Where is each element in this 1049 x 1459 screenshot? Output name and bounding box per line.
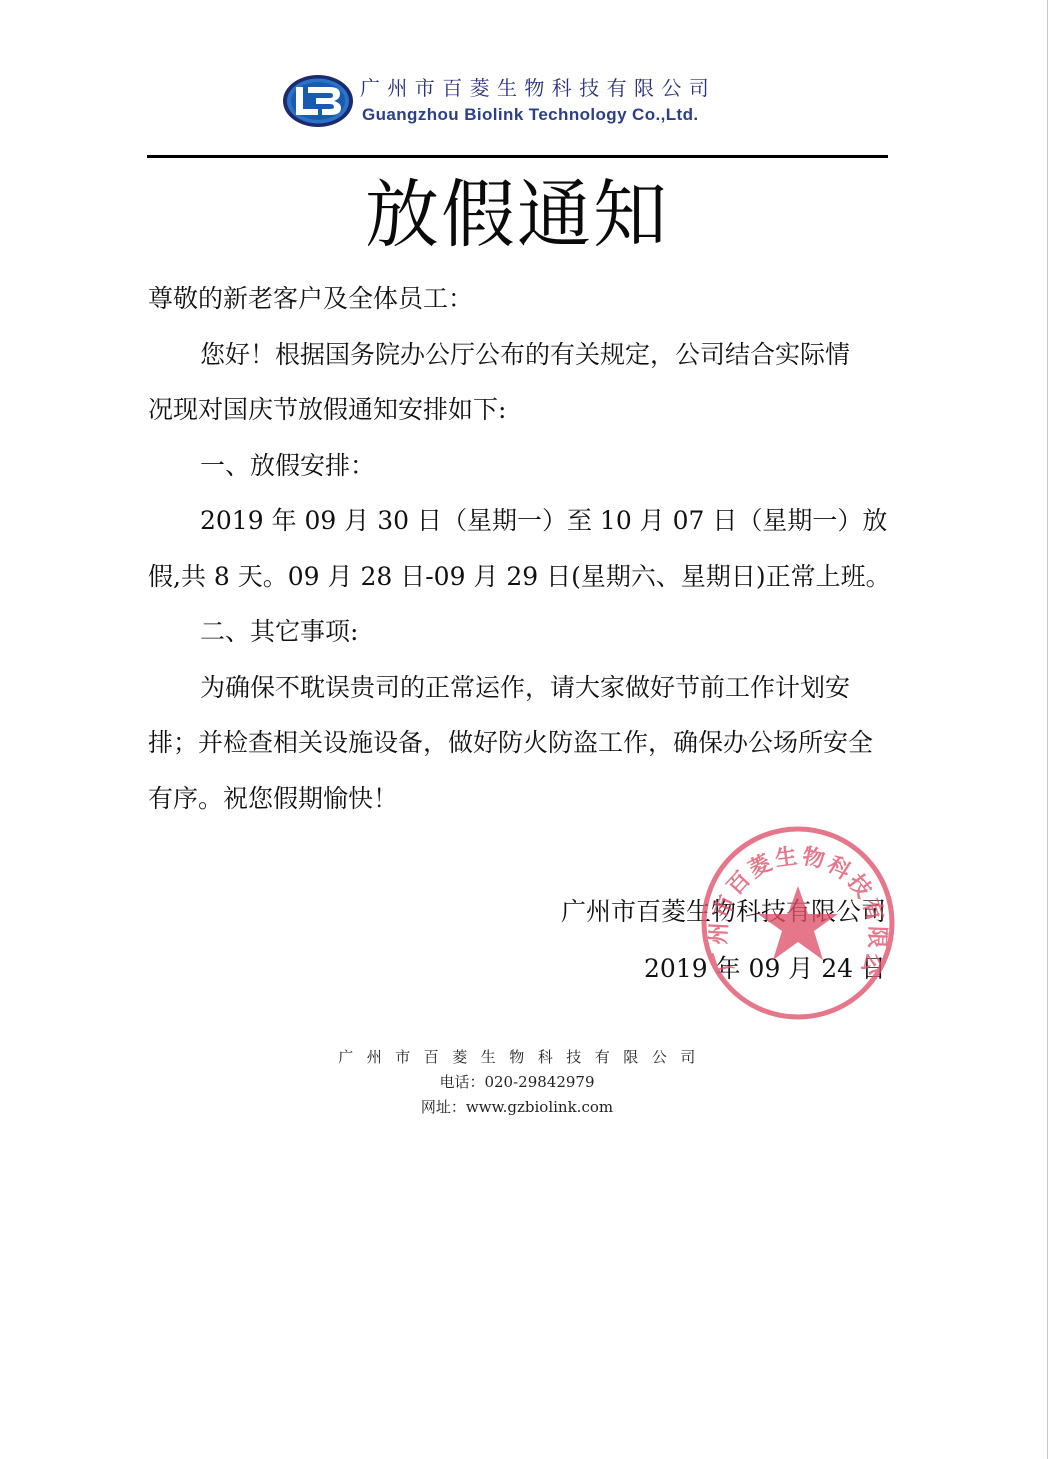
schedule-paragraph-line: 假,共 8 天。09 月 28 日-09 月 29 日(星期六、星期日)正常上班… <box>148 549 893 605</box>
section-heading-schedule: 一、放假安排： <box>148 438 893 494</box>
letterhead-company-cn: 广州市百菱生物科技有限公司 <box>360 76 716 100</box>
footer: 广州市百菱生物科技有限公司 电话：020-29842979 网址：www.gzb… <box>0 1045 1034 1120</box>
letterhead-company-en: Guangzhou Biolink Technology Co.,Ltd. <box>362 104 699 126</box>
salutation: 尊敬的新老客户及全体员工： <box>148 271 893 327</box>
footer-phone: 电话：020-29842979 <box>0 1070 1034 1095</box>
other-paragraph-line: 为确保不耽误贵司的正常运作，请大家做好节前工作计划安 <box>148 660 893 716</box>
letterhead: 广州市百菱生物科技有限公司 Guangzhou Biolink Technolo… <box>282 72 762 132</box>
document-title: 放假通知 <box>0 170 1034 260</box>
page-edge <box>1047 0 1048 1459</box>
signature-company: 广州市百菱生物科技有限公司 <box>561 883 886 940</box>
other-paragraph-line: 排；并检查相关设施设备，做好防火防盗工作，确保办公场所安全 <box>148 715 893 771</box>
footer-company: 广州市百菱生物科技有限公司 <box>0 1045 1034 1070</box>
section-heading-other: 二、其它事项: <box>148 604 893 660</box>
document-body: 尊敬的新老客户及全体员工： 您好！根据国务院办公厅公布的有关规定，公司结合实际情… <box>148 271 893 826</box>
footer-website: 网址：www.gzbiolink.com <box>0 1095 1034 1120</box>
intro-paragraph-line: 况现对国庆节放假通知安排如下: <box>148 382 893 438</box>
other-paragraph-line: 有序。祝您假期愉快！ <box>148 771 893 827</box>
intro-paragraph-line: 您好！根据国务院办公厅公布的有关规定，公司结合实际情 <box>148 327 893 383</box>
biolink-logo-icon <box>282 74 354 128</box>
signature-block: 广州市百菱生物科技有限公司 2019 年 09 月 24 日 <box>561 883 886 997</box>
header-divider <box>147 155 888 158</box>
signature-date: 2019 年 09 月 24 日 <box>561 940 886 997</box>
schedule-paragraph-line: 2019 年 09 月 30 日（星期一）至 10 月 07 日（星期一）放 <box>148 493 893 549</box>
